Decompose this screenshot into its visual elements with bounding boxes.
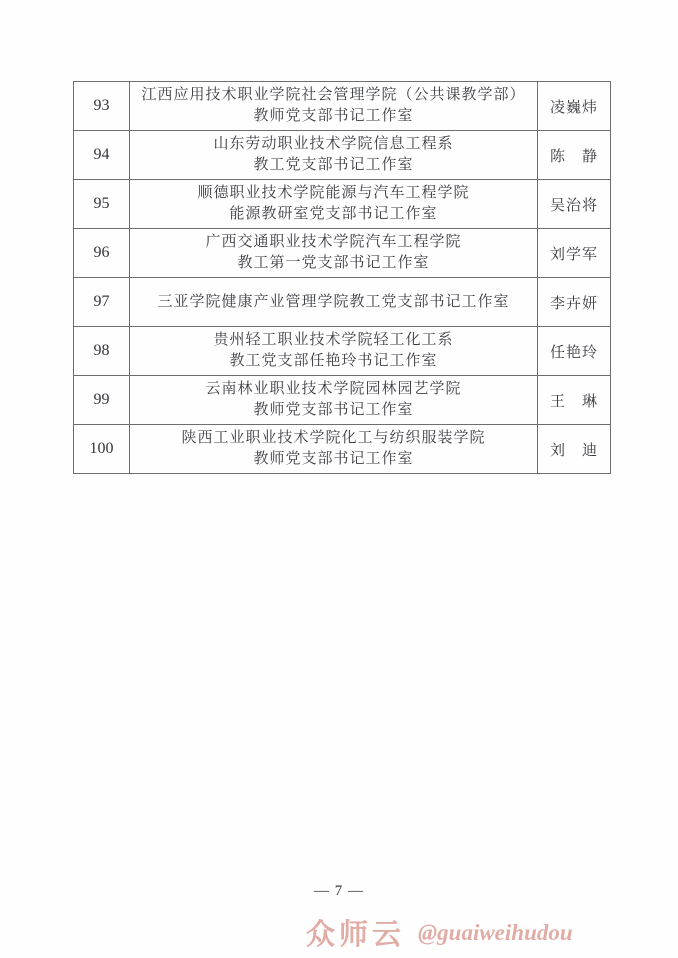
table-row: 93江西应用技术职业学院社会管理学院（公共课教学部）教师党支部书记工作室凌巍炜: [74, 82, 611, 131]
workshop-name-line: 云南林业职业技术学院园林园艺学院: [130, 379, 537, 400]
workshop-name-line: 江西应用技术职业学院社会管理学院（公共课教学部）: [130, 85, 537, 106]
row-number-cell: 100: [74, 425, 130, 474]
person-name-cell: 任艳玲: [538, 327, 611, 376]
workshop-table-body: 93江西应用技术职业学院社会管理学院（公共课教学部）教师党支部书记工作室凌巍炜9…: [74, 82, 611, 474]
table-row: 99云南林业职业技术学院园林园艺学院教师党支部书记工作室王 琳: [74, 376, 611, 425]
workshop-name-cell: 陕西工业职业技术学院化工与纺织服装学院教师党支部书记工作室: [130, 425, 538, 474]
table-row: 94山东劳动职业技术学院信息工程系教工党支部书记工作室陈 静: [74, 131, 611, 180]
workshop-name-line: 广西交通职业技术学院汽车工程学院: [130, 232, 537, 253]
watermark: 众师云 @guaiweihudou: [306, 912, 573, 953]
workshop-name-line: 顺德职业技术学院能源与汽车工程学院: [130, 183, 537, 204]
person-name-cell: 吴治将: [538, 180, 611, 229]
watermark-brand-text: 众师云: [306, 912, 405, 953]
workshop-name-cell: 贵州轻工职业技术学院轻工化工系教工党支部任艳玲书记工作室: [130, 327, 538, 376]
row-number-cell: 96: [74, 229, 130, 278]
workshop-name-cell: 云南林业职业技术学院园林园艺学院教师党支部书记工作室: [130, 376, 538, 425]
workshop-name-line: 教师党支部书记工作室: [130, 449, 537, 470]
workshop-name-line: 贵州轻工职业技术学院轻工化工系: [130, 330, 537, 351]
workshop-name-cell: 顺德职业技术学院能源与汽车工程学院能源教研室党支部书记工作室: [130, 180, 538, 229]
person-name-cell: 凌巍炜: [538, 82, 611, 131]
workshop-name-cell: 江西应用技术职业学院社会管理学院（公共课教学部）教师党支部书记工作室: [130, 82, 538, 131]
row-number-cell: 99: [74, 376, 130, 425]
row-number-cell: 98: [74, 327, 130, 376]
table-row: 95顺德职业技术学院能源与汽车工程学院能源教研室党支部书记工作室吴治将: [74, 180, 611, 229]
person-name-cell: 刘 迪: [538, 425, 611, 474]
document-page: 93江西应用技术职业学院社会管理学院（公共课教学部）教师党支部书记工作室凌巍炜9…: [0, 0, 678, 958]
person-name-cell: 刘学军: [538, 229, 611, 278]
workshop-name-line: 陕西工业职业技术学院化工与纺织服装学院: [130, 428, 537, 449]
row-number-cell: 95: [74, 180, 130, 229]
workshop-name-cell: 三亚学院健康产业管理学院教工党支部书记工作室: [130, 278, 538, 327]
table-row: 100陕西工业职业技术学院化工与纺织服装学院教师党支部书记工作室刘 迪: [74, 425, 611, 474]
page-number: — 7 —: [0, 883, 678, 900]
workshop-name-line: 教工第一党支部书记工作室: [130, 253, 537, 274]
workshop-name-line: 教工党支部任艳玲书记工作室: [130, 351, 537, 372]
workshop-name-line: 教师党支部书记工作室: [130, 400, 537, 421]
workshop-name-line: 能源教研室党支部书记工作室: [130, 204, 537, 225]
table-row: 97三亚学院健康产业管理学院教工党支部书记工作室李卉妍: [74, 278, 611, 327]
workshop-name-line: 教师党支部书记工作室: [130, 106, 537, 127]
workshop-name-line: 山东劳动职业技术学院信息工程系: [130, 134, 537, 155]
watermark-handle-text: @guaiweihudou: [418, 920, 573, 946]
person-name-cell: 李卉妍: [538, 278, 611, 327]
workshop-table: 93江西应用技术职业学院社会管理学院（公共课教学部）教师党支部书记工作室凌巍炜9…: [73, 81, 611, 474]
row-number-cell: 97: [74, 278, 130, 327]
table-row: 98贵州轻工职业技术学院轻工化工系教工党支部任艳玲书记工作室任艳玲: [74, 327, 611, 376]
table-row: 96广西交通职业技术学院汽车工程学院教工第一党支部书记工作室刘学军: [74, 229, 611, 278]
workshop-name-line: 教工党支部书记工作室: [130, 155, 537, 176]
row-number-cell: 94: [74, 131, 130, 180]
row-number-cell: 93: [74, 82, 130, 131]
workshop-name-cell: 广西交通职业技术学院汽车工程学院教工第一党支部书记工作室: [130, 229, 538, 278]
workshop-name-line: 三亚学院健康产业管理学院教工党支部书记工作室: [130, 292, 537, 313]
person-name-cell: 王 琳: [538, 376, 611, 425]
person-name-cell: 陈 静: [538, 131, 611, 180]
workshop-name-cell: 山东劳动职业技术学院信息工程系教工党支部书记工作室: [130, 131, 538, 180]
